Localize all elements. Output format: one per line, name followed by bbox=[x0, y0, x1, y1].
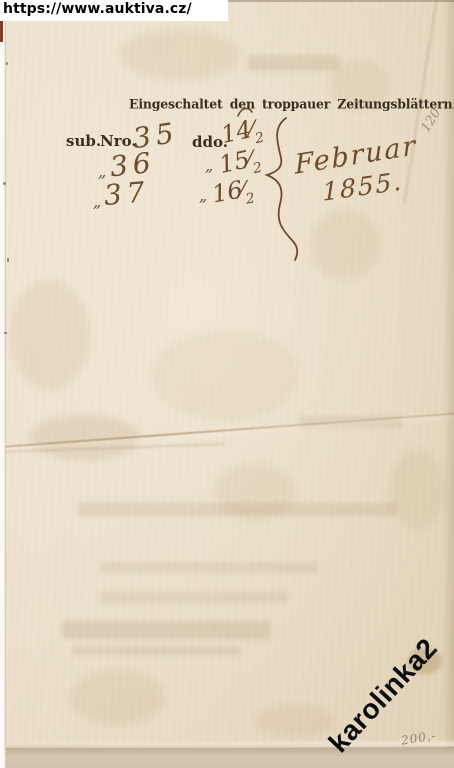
handwritten-brace bbox=[254, 114, 306, 264]
paper-stain bbox=[390, 450, 445, 530]
dust-speck bbox=[7, 258, 9, 262]
entry-number: 37 bbox=[103, 175, 151, 212]
dust-speck bbox=[6, 62, 8, 65]
paper-stain bbox=[310, 210, 380, 280]
left-paper-margin bbox=[0, 0, 6, 768]
scan-top-edge bbox=[226, 0, 454, 2]
printed-header: Eingeschaltet den troppauer Zeitungsblät… bbox=[129, 96, 454, 112]
show-through-text bbox=[78, 503, 396, 516]
paper-stain bbox=[255, 705, 335, 737]
show-through-text bbox=[62, 621, 270, 639]
paper-stain bbox=[10, 280, 90, 390]
show-through-text bbox=[100, 562, 318, 573]
url-strip: https://www.auktiva.cz/ bbox=[0, 0, 228, 21]
label-sub: sub. bbox=[66, 132, 101, 150]
red-edge-mark bbox=[0, 19, 3, 42]
source-url-text: https://www.auktiva.cz/ bbox=[3, 1, 192, 17]
dust-speck bbox=[3, 182, 6, 185]
right-edge-shadow bbox=[442, 0, 454, 768]
paper-stain bbox=[70, 670, 165, 725]
entry-date: 16⁄2 bbox=[210, 174, 255, 209]
scan-background-strip bbox=[0, 748, 454, 768]
ditto-mark: „ bbox=[93, 192, 101, 211]
paper-stain bbox=[150, 330, 300, 420]
dust-speck bbox=[4, 332, 7, 334]
ink-flourish bbox=[236, 104, 254, 118]
show-through-text bbox=[72, 646, 240, 655]
paper-stain bbox=[120, 30, 240, 80]
scanned-document-photo: Eingeschaltet den troppauer Zeitungsblät… bbox=[0, 0, 454, 768]
ditto-mark: „ bbox=[199, 186, 207, 205]
show-through-text bbox=[100, 592, 288, 603]
ditto-mark: „ bbox=[205, 156, 213, 175]
show-through-stamp bbox=[248, 55, 340, 71]
